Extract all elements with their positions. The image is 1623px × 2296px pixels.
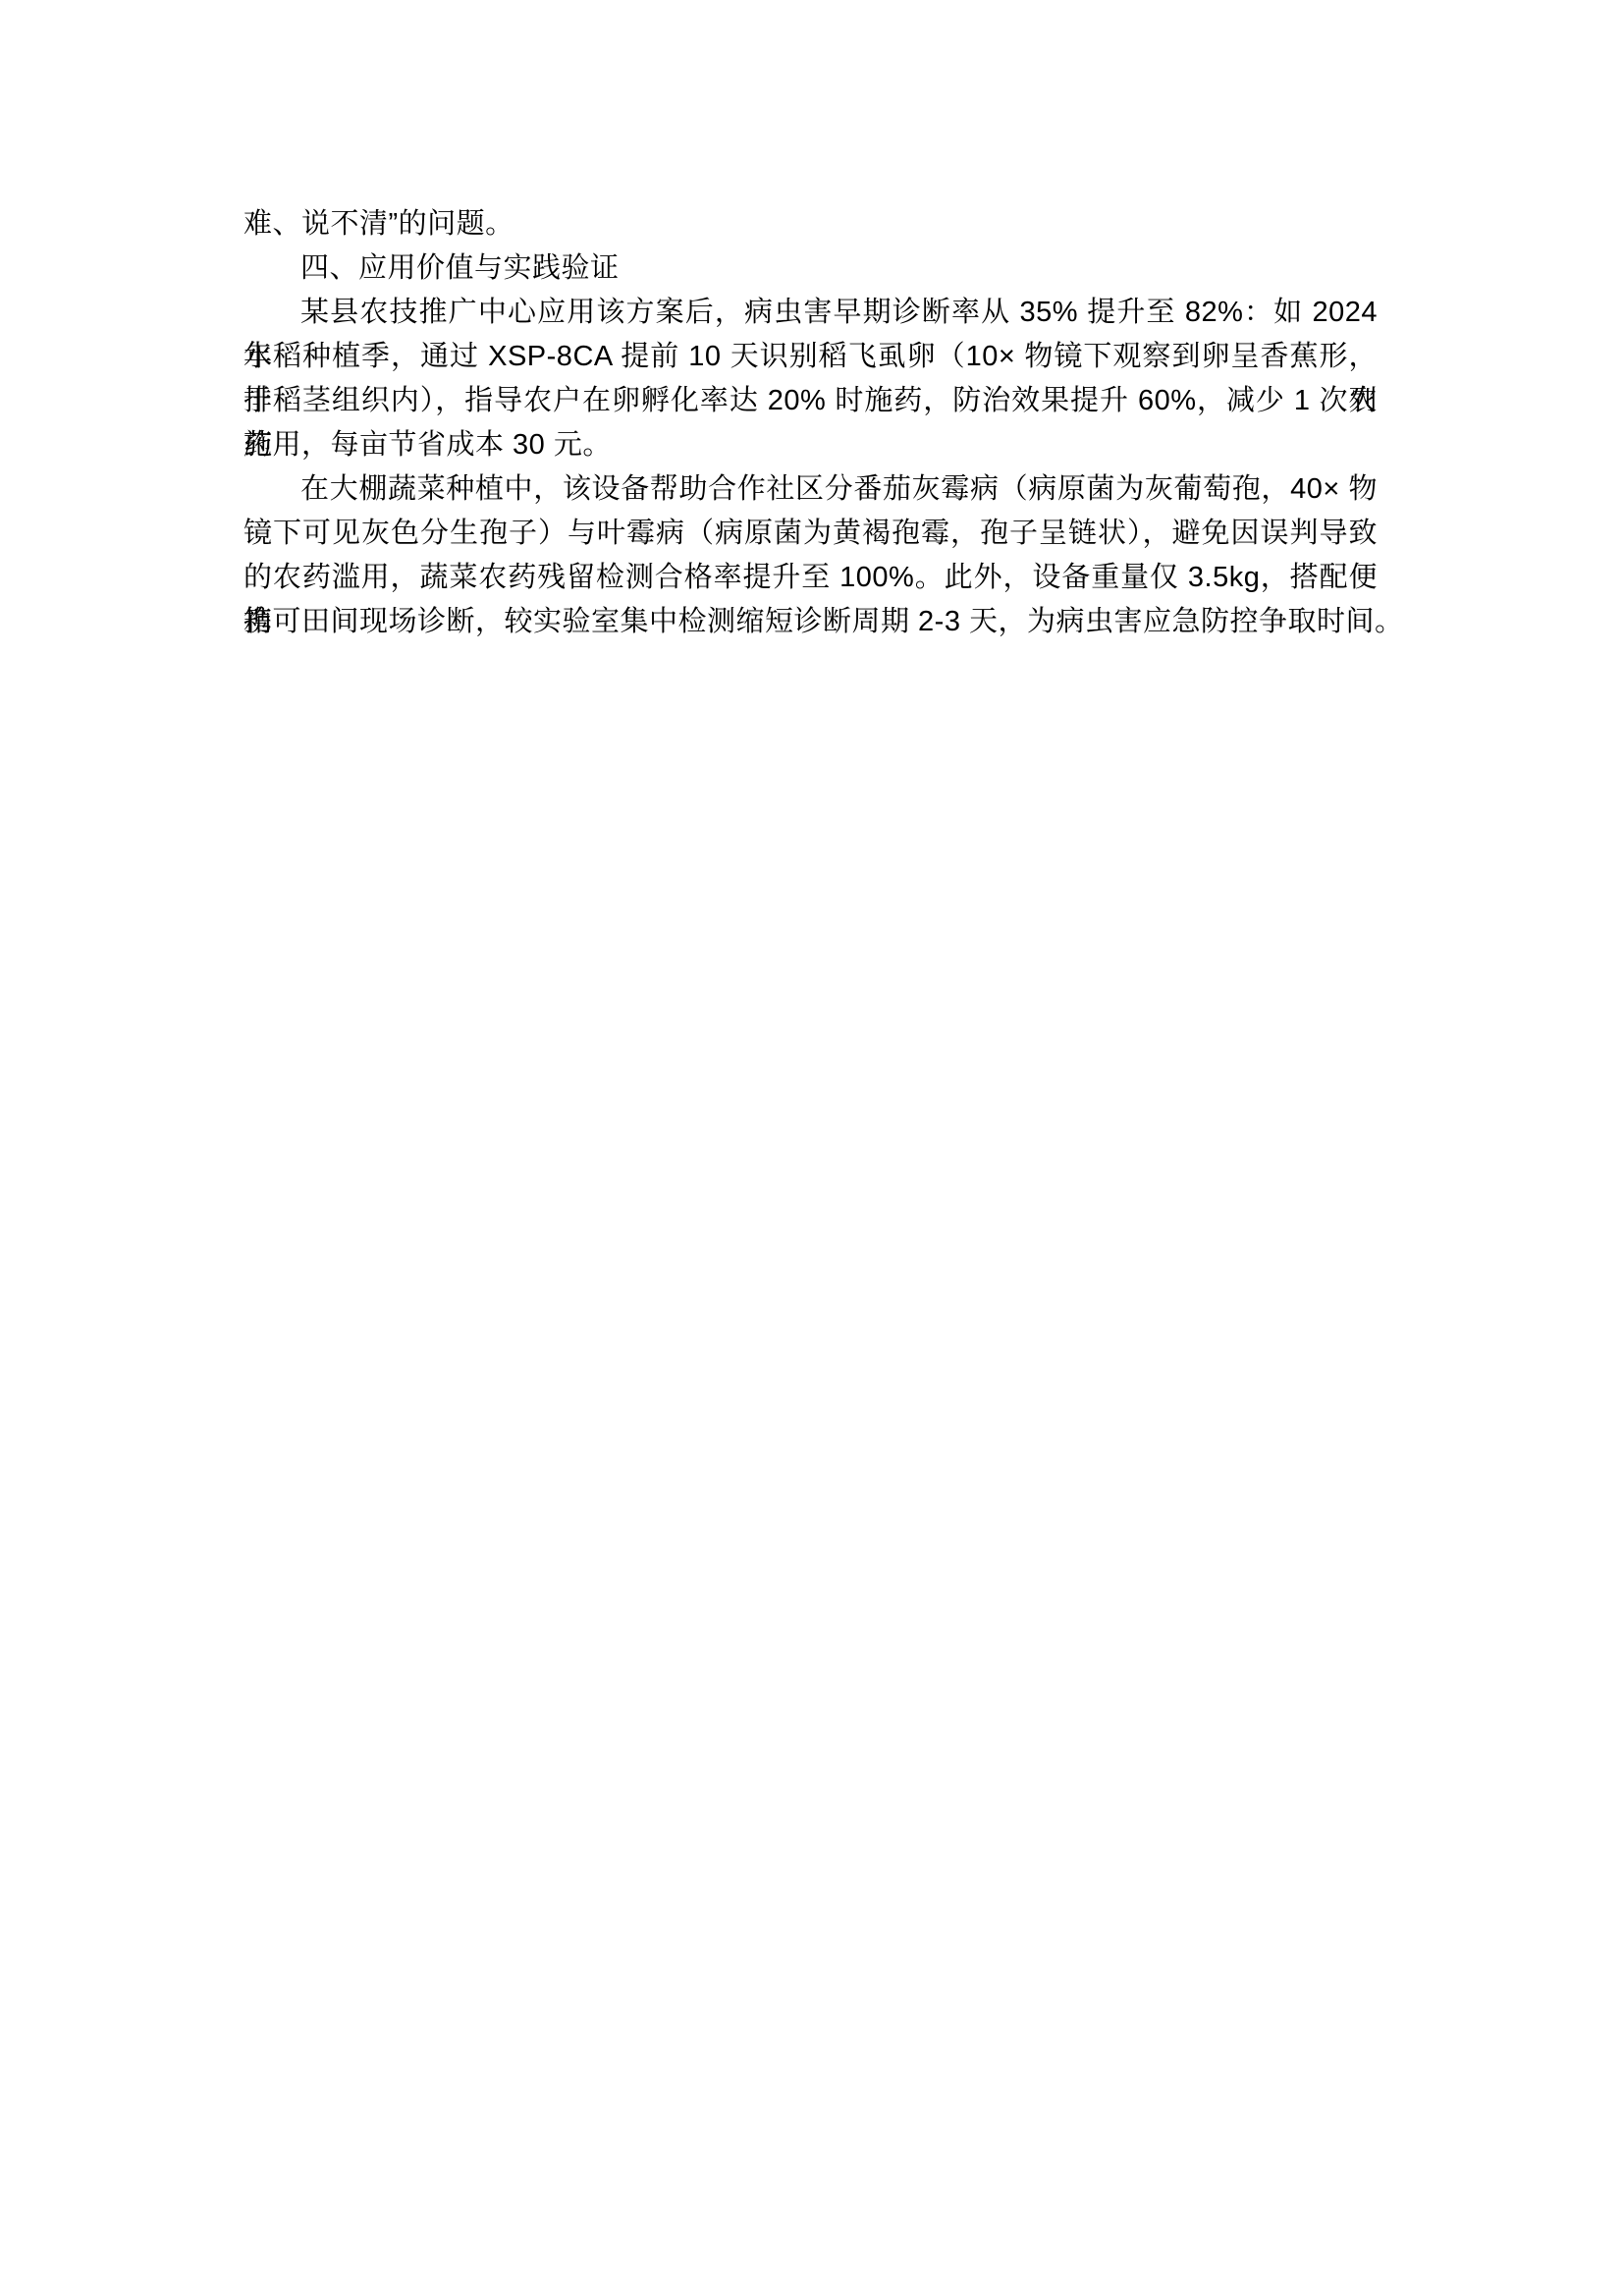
text-line: 四、应用价值与实践验证 [243, 246, 1378, 291]
text-line: 的农药滥用，蔬菜农药残留检测合格率提升至 100%。此外，设备重量仅 3.5kg… [243, 556, 1378, 600]
text-line: 于稻茎组织内），指导农户在卵孵化率达 20% 时施药，防治效果提升 60%，减少… [243, 379, 1378, 423]
text-line: 在大棚蔬菜种植中，该设备帮助合作社区分番茄灰霉病（病原菌为灰葡萄孢，40× 物 [243, 467, 1378, 512]
text-line: 箱可田间现场诊断，较实验室集中检测缩短诊断周期 2-3 天，为病虫害应急防控争取… [243, 600, 1378, 644]
document-text-block: 难、说不清”的问题。四、应用价值与实践验证某县农技推广中心应用该方案后，病虫害早… [243, 202, 1378, 644]
text-line: 某县农技推广中心应用该方案后，病虫害早期诊断率从 35% 提升至 82%：如 2… [243, 291, 1378, 335]
text-line: 镜下可见灰色分生孢子）与叶霉病（病原菌为黄褐孢霉，孢子呈链状），避免因误判导致 [243, 512, 1378, 556]
document-page: 难、说不清”的问题。四、应用价值与实践验证某县农技推广中心应用该方案后，病虫害早… [0, 0, 1623, 2296]
text-line: 水稻种植季，通过 XSP-8CA 提前 10 天识别稻飞虱卵（10× 物镜下观察… [243, 335, 1378, 379]
text-line: 难、说不清”的问题。 [243, 202, 1378, 246]
text-line: 施用，每亩节省成本 30 元。 [243, 423, 1378, 467]
